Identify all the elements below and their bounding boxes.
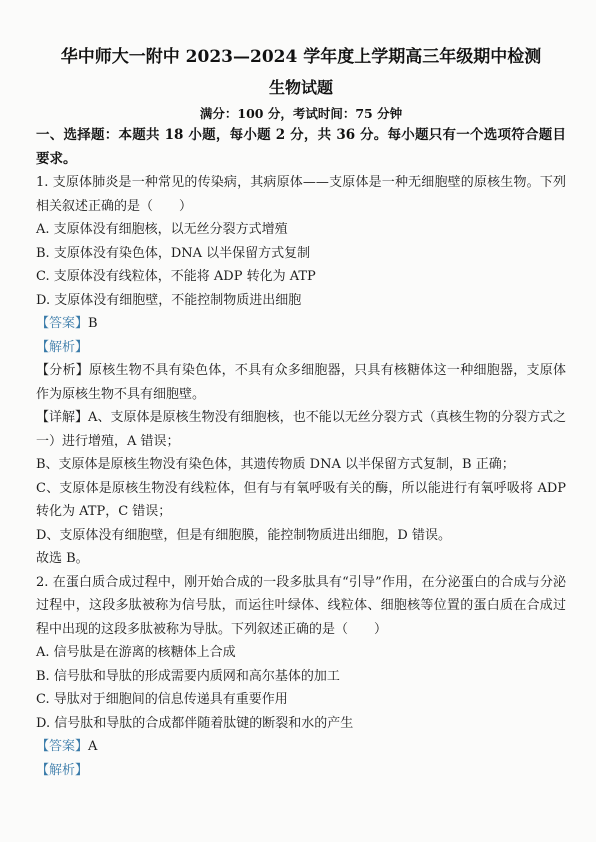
exam-paper-page: 华中师大一附中 2023—2024 学年度上学期高三年级期中检测 生物试题 满分…: [0, 0, 596, 842]
q1-stem: 1. 支原体肺炎是一种常见的传染病，其病原体——支原体是一种无细胞壁的原核生物。…: [36, 171, 566, 218]
q2-option-d: D. 信号肽和导肽的合成都伴随着肽键的断裂和水的产生: [36, 712, 566, 736]
q2-option-a: A. 信号肽是在游离的核糖体上合成: [36, 641, 566, 665]
q1-analysis-detail-a: 【详解】A、支原体是原核生物没有细胞核，也不能以无丝分裂方式（真核生物的分裂方式…: [36, 406, 566, 453]
q1-analysis-overview: 【分析】原核生物不具有染色体，不具有众多细胞器，只具有核糖体这一种细胞器，支原体…: [36, 359, 566, 406]
section-heading-choice-questions: 一、选择题：本题共 18 小题，每小题 2 分，共 36 分。每小题只有一个选项…: [36, 124, 566, 171]
q1-answer-value: B: [88, 316, 98, 331]
q2-stem: 2. 在蛋白质合成过程中，刚开始合成的一段多肽具有“引导”作用，在分泌蛋白的合成…: [36, 571, 566, 642]
q2-answer-value: A: [88, 739, 97, 754]
q2-answer-line: 【答案】A: [36, 735, 566, 759]
q1-analysis-detail-d: D、支原体没有细胞壁，但是有细胞膜，能控制物质进出细胞，D 错误。: [36, 524, 566, 548]
q2-answer-label: 【答案】: [36, 739, 88, 754]
q2-analysis-label-line: 【解析】: [36, 759, 566, 783]
q1-answer-label: 【答案】: [36, 316, 88, 331]
q1-analysis-detail-b: B、支原体是原核生物没有染色体，其遗传物质 DNA 以半保留方式复制，B 正确；: [36, 453, 566, 477]
q1-option-d: D. 支原体没有细胞壁，不能控制物质进出细胞: [36, 289, 566, 313]
q2-analysis-label: 【解析】: [36, 763, 88, 778]
q1-analysis-conclusion: 故选 B。: [36, 547, 566, 571]
exam-subject-title: 生物试题: [36, 76, 566, 100]
q1-analysis-label-line: 【解析】: [36, 336, 566, 360]
exam-title: 华中师大一附中 2023—2024 学年度上学期高三年级期中检测: [36, 44, 566, 70]
q1-analysis-detail-c: C、支原体是原核生物没有线粒体，但有与有氧呼吸有关的酶，所以能进行有氧呼吸将 A…: [36, 477, 566, 524]
q1-option-c: C. 支原体没有线粒体，不能将 ADP 转化为 ATP: [36, 265, 566, 289]
q1-answer-line: 【答案】B: [36, 312, 566, 336]
q1-option-a: A. 支原体没有细胞核，以无丝分裂方式增殖: [36, 218, 566, 242]
q2-option-c: C. 导肽对于细胞间的信息传递具有重要作用: [36, 688, 566, 712]
q1-analysis-label: 【解析】: [36, 340, 88, 355]
q1-option-b: B. 支原体没有染色体，DNA 以半保留方式复制: [36, 242, 566, 266]
q2-option-b: B. 信号肽和导肽的形成需要内质网和高尔基体的加工: [36, 665, 566, 689]
exam-score-time-meta: 满分：100 分，考试时间：75 分钟: [36, 104, 566, 124]
